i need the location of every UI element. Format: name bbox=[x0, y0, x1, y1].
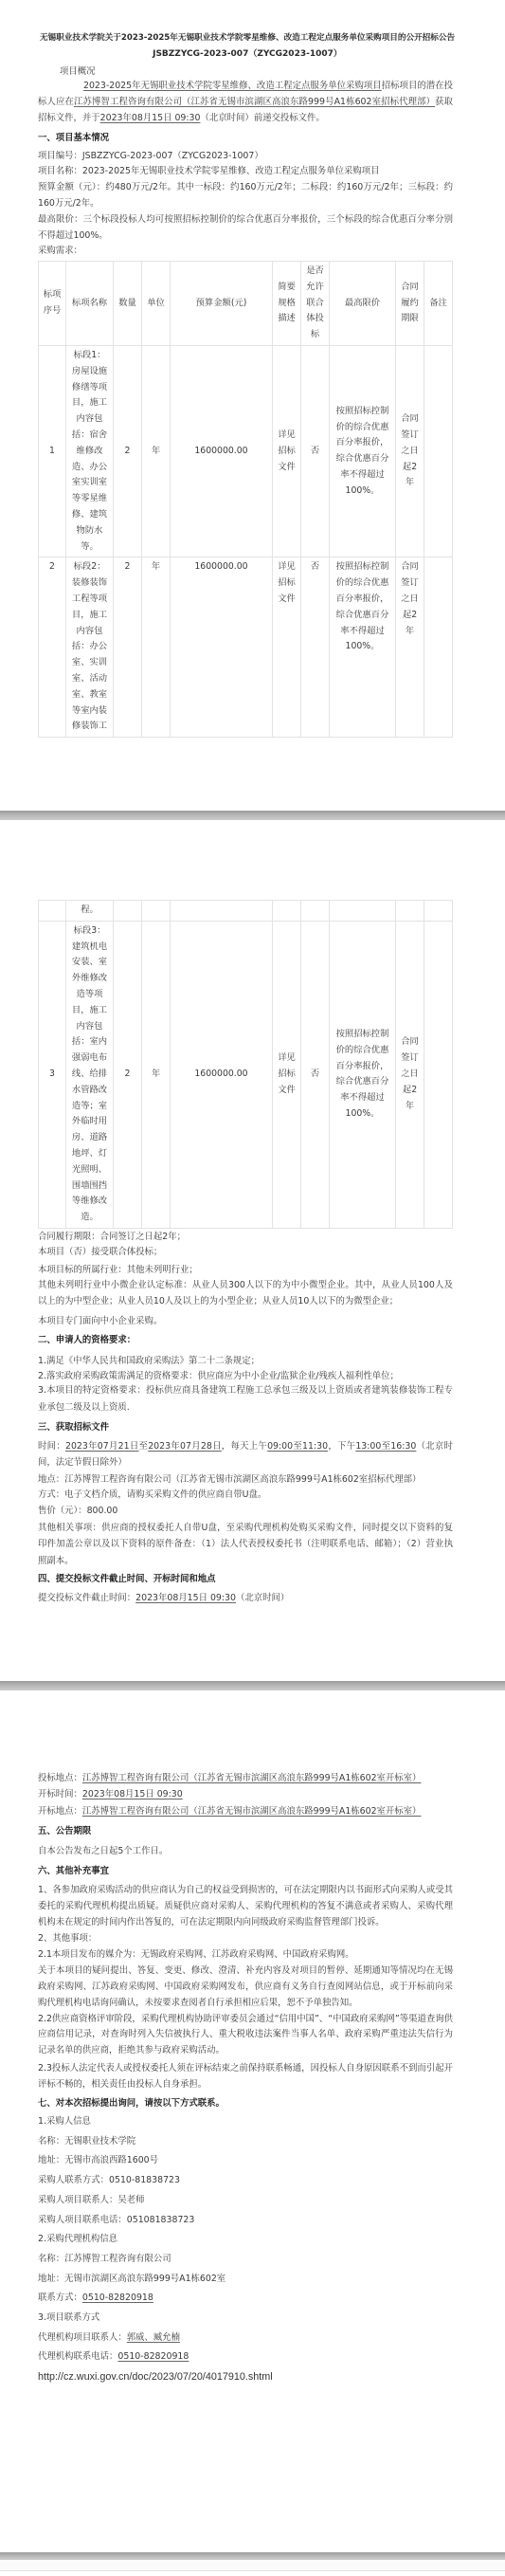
purchaser-name-label: 名称： bbox=[38, 2136, 64, 2147]
cell-unit: 年 bbox=[142, 921, 171, 1228]
title-project-code: JSBZZYCG-2023-007（ZYCG2023-1007） bbox=[38, 46, 457, 63]
cell-quantity: 2 bbox=[114, 921, 142, 1228]
submission-deadline-label: 提交投标文件截止时间： bbox=[38, 1593, 135, 1603]
purchaser-name: 名称：无锡职业技术学院 bbox=[38, 2132, 453, 2152]
page-2: 程。 3 标段3：建筑机电安装、室外维修改造等项目，施工内容包括：室内强弱电布线… bbox=[0, 820, 505, 1681]
page-3: 投标地点：江苏博智工程咨询有限公司（江苏省无锡市滨湖区高浪东路999号A1栋60… bbox=[0, 1690, 505, 2552]
cell-empty bbox=[39, 901, 66, 922]
document-viewer: 无锡职业技术学院关于2023-2025年无锡职业技术学院零星维修、改造工程定点服… bbox=[0, 0, 505, 2576]
price-value: 800.00 bbox=[87, 1506, 118, 1516]
project-contact-phone-label: 代理机构联系电话： bbox=[38, 2351, 117, 2362]
purchaser-info-title: 1.采购人信息 bbox=[38, 2112, 453, 2132]
cell-lot-name-continued: 程。 bbox=[66, 901, 114, 922]
cell-period: 合同签订之日起2年 bbox=[396, 921, 424, 1228]
cell-quantity: 2 bbox=[114, 557, 142, 738]
header-lot-name: 标项名称 bbox=[66, 262, 114, 346]
obtain-method-label: 方式： bbox=[38, 1489, 64, 1500]
obtain-time-text: ，每天上午 bbox=[222, 1441, 267, 1452]
header-spec: 简要规格描述 bbox=[273, 262, 301, 346]
cell-consortium: 否 bbox=[301, 345, 330, 557]
obtain-time-text: ，下午 bbox=[328, 1441, 355, 1452]
supplementary-item: 2、其他事项： bbox=[38, 1930, 453, 1946]
section-4-heading: 四、提交投标文件截止时间、开标时间和地点 bbox=[38, 1571, 453, 1587]
header-consortium: 是否允许联合体投标 bbox=[301, 262, 330, 346]
cell-consortium: 否 bbox=[301, 557, 330, 738]
submission-deadline-note: （北京时间） bbox=[236, 1593, 289, 1603]
contact-info: 1.采购人信息 名称：无锡职业技术学院 地址：无锡市高浪西路1600号 采购人联… bbox=[38, 2112, 453, 2387]
overview-text: （北京时间）前递交投标文件。 bbox=[200, 113, 324, 123]
cell-remarks bbox=[424, 345, 453, 557]
header-max-price: 最高限价 bbox=[330, 262, 396, 346]
cell-remarks bbox=[424, 921, 453, 1228]
agency-name-value: 江苏博智工程咨询有限公司 bbox=[64, 2254, 171, 2264]
cell-budget: 1600000.00 bbox=[171, 557, 273, 738]
supplementary-item: 2.1本项目发布的媒介为：无锡政府采购网、江苏政府采购网、中国政府采购网。 bbox=[38, 1946, 453, 1963]
title-text: 无锡职业技术学院关于2023-2025年无锡职业技术学院零星维修、改造工程定点服… bbox=[38, 30, 457, 46]
cell-lot-no: 1 bbox=[39, 345, 66, 557]
purchaser-name-value: 无锡职业技术学院 bbox=[64, 2136, 135, 2147]
cell-max-price: 按照招标控制价的综合优惠百分率报价，综合优惠百分率不得超过100%。 bbox=[330, 557, 396, 738]
agency-info-title: 2.采购代理机构信息 bbox=[38, 2230, 453, 2250]
header-lot-no: 标项序号 bbox=[39, 262, 66, 346]
cell-max-price: 按照招标控制价的综合优惠百分率报价，综合优惠百分率不得超过100%。 bbox=[330, 345, 396, 557]
section-5-heading: 五、公告期限 bbox=[38, 1823, 453, 1839]
agency-phone-value: 0510-82820918 bbox=[82, 2293, 153, 2303]
project-name-value: 2023-2025年无锡职业技术学院零星维修、改造工程定点服务单位采购项目 bbox=[82, 166, 380, 176]
purchaser-contact-person: 采购人项目联系人：吴老师 bbox=[38, 2191, 453, 2211]
purchaser-address-value: 无锡市高浪西路1600号 bbox=[64, 2155, 158, 2165]
supplementary-item: 2.3投标人法定代表人或授权委托人须在评标结束之前保持联系畅通，因投标人自身原因… bbox=[38, 2060, 453, 2093]
obtain-pm-hours: 13:00至16:30 bbox=[355, 1441, 416, 1452]
opening-place-value: 江苏博智工程咨询有限公司（江苏省无锡市滨湖区高浪东路999号A1栋602室开标室… bbox=[82, 1806, 422, 1817]
cell-period: 合同签订之日起2年 bbox=[396, 345, 424, 557]
header-budget: 预算金额(元) bbox=[171, 262, 273, 346]
agency-phone: 联系方式：0510-82820918 bbox=[38, 2289, 453, 2309]
purchaser-address-label: 地址： bbox=[38, 2155, 64, 2165]
obtain-time: 时间：2023年07月21日至2023年07月28日，每天上午09:00至11:… bbox=[38, 1439, 453, 1471]
section-3-heading: 三、获取招标文件 bbox=[38, 1419, 453, 1435]
price-label: 售价（元）： bbox=[38, 1506, 87, 1516]
agency-address-value: 无锡市滨湖区高浪东路999号A1栋602室 bbox=[64, 2274, 225, 2284]
cell-spec: 详见招标文件 bbox=[273, 557, 301, 738]
section-1-heading: 一、项目基本情况 bbox=[38, 130, 453, 146]
requirements-table: 标项序号 标项名称 数量 单位 预算金额(元) 简要规格描述 是否允许联合体投标… bbox=[38, 261, 453, 738]
opening-place: 开标地点：江苏博智工程咨询有限公司（江苏省无锡市滨湖区高浪东路999号A1栋60… bbox=[38, 1803, 453, 1819]
bid-place-label: 投标地点： bbox=[38, 1773, 82, 1783]
document-title: 无锡职业技术学院关于2023-2025年无锡职业技术学院零星维修、改造工程定点服… bbox=[38, 30, 457, 63]
agency-address-label: 地址： bbox=[38, 2274, 64, 2284]
overview-paragraph: 2023-2025年无锡职业技术学院零星维修、改造工程定点服务单位采购项目招标项… bbox=[38, 78, 453, 127]
other-matters-label: 其他相关事项： bbox=[38, 1523, 101, 1533]
project-number: 项目编号：JSBZZYCG-2023-007（ZYCG2023-1007） bbox=[38, 149, 453, 165]
agency-name-label: 名称： bbox=[38, 2254, 64, 2264]
project-contact-person-value: 郭威、臧允楠 bbox=[127, 2332, 180, 2343]
project-number-label: 项目编号： bbox=[38, 151, 82, 161]
requirements-table-continued: 程。 3 标段3：建筑机电安装、室外维修改造等项目，施工内容包括：室内强弱电布线… bbox=[38, 900, 453, 1229]
cell-spec: 详见招标文件 bbox=[273, 345, 301, 557]
max-price: 最高限价：三个标段投标人均可按照招标控制价的综合优惠百分率报价，三个标段的综合优… bbox=[38, 212, 453, 245]
supplementary-item: 1、各参加政府采购活动的供应商认为自己的权益受到损害的，可在法定期限内以书面形式… bbox=[38, 1882, 453, 1930]
cell-max-price: 按照招标控制价的综合优惠百分率报价，综合优惠百分率不得超过100%。 bbox=[330, 921, 396, 1228]
supplementary-item: 关于本项目的疑问提出、答复、变更、修改、澄清、补充内容及对项目的暂停、延期通知等… bbox=[38, 1963, 453, 2011]
qualification-item: 3.本项目的特定资格要求：投标供应商具备建筑工程施工总承包三级及以上资质或者建筑… bbox=[38, 1382, 453, 1416]
overview-deadline: 2023年08月15日 09:30 bbox=[100, 113, 201, 123]
project-contact-person: 代理机构项目联系人：郭威、臧允楠 bbox=[38, 2329, 453, 2348]
max-price-value: 三个标段投标人均可按照招标控制价的综合优惠百分率报价，三个标段的综合优惠百分率分… bbox=[38, 214, 453, 241]
submission-deadline-value: 2023年08月15日 09:30 bbox=[135, 1593, 236, 1603]
project-contact-person-label: 代理机构项目联系人： bbox=[38, 2332, 127, 2343]
purchaser-phone-label: 采购人联系方式： bbox=[38, 2175, 109, 2185]
purchaser-contact-phone-value: 051081838723 bbox=[127, 2215, 195, 2225]
submission-deadline: 提交投标文件截止时间：2023年08月15日 09:30（北京时间） bbox=[38, 1590, 453, 1606]
agency-address: 地址：无锡市滨湖区高浪东路999号A1栋602室 bbox=[38, 2270, 453, 2290]
cell-unit: 年 bbox=[142, 557, 171, 738]
cell-budget: 1600000.00 bbox=[171, 921, 273, 1228]
table-row: 3 标段3：建筑机电安装、室外维修改造等项目，施工内容包括：室内强弱电布线、给排… bbox=[39, 921, 453, 1228]
cell-budget: 1600000.00 bbox=[171, 345, 273, 557]
requirements-label: 采购需求： bbox=[38, 244, 453, 260]
purchaser-contact-person-label: 采购人项目联系人： bbox=[38, 2195, 117, 2205]
header-unit: 单位 bbox=[142, 262, 171, 346]
max-price-label: 最高限价： bbox=[38, 214, 83, 225]
project-name: 项目名称：2023-2025年无锡职业技术学院零星维修、改造工程定点服务单位采购… bbox=[38, 164, 453, 180]
document-price: 售价（元）：800.00 bbox=[38, 1503, 453, 1519]
header-period: 合同履约期限 bbox=[396, 262, 424, 346]
purchaser-address: 地址：无锡市高浪西路1600号 bbox=[38, 2151, 453, 2171]
cell-lot-no: 3 bbox=[39, 921, 66, 1228]
obtain-am-hours: 09:00至11:30 bbox=[267, 1441, 328, 1452]
section-2-heading: 二、申请人的资格要求： bbox=[38, 1332, 453, 1348]
sme-only-statement: 本项目专门面向中小企业采购。 bbox=[38, 1313, 453, 1329]
supplementary-item: 2.2供应商资格评审阶段，采购代理机构协助评审委员会通过“信用中国”、“中国政府… bbox=[38, 2012, 453, 2059]
cell-lot-name: 标段2：装修装饰工程等项目，施工内容包括：办公室、实训室、活动室、教室等室内装修… bbox=[66, 557, 114, 738]
cell-empty bbox=[301, 901, 330, 922]
project-contact-title: 3.项目联系方式 bbox=[38, 2309, 453, 2329]
cell-quantity: 2 bbox=[114, 345, 142, 557]
project-number-value: JSBZZYCG-2023-007（ZYCG2023-1007） bbox=[82, 151, 263, 161]
obtain-place: 地点：江苏博智工程咨询有限公司（江苏省无锡市滨湖区高浪东路999号A1栋602室… bbox=[38, 1471, 453, 1488]
sme-standard: 其他未列明行业中小微企业认定标准：从业人员300人以下的为中小微型企业。其中，从… bbox=[38, 1278, 453, 1309]
source-url: http://cz.wuxi.gov.cn/doc/2023/07/20/401… bbox=[38, 2367, 453, 2387]
overview-obtain-place: 江苏博智工程咨询有限公司（江苏省无锡市滨湖区高浪东路999号A1栋602室招标代… bbox=[74, 97, 435, 107]
obtain-method: 方式：电子文档介质，请购买采购文件的供应商自带U盘。 bbox=[38, 1487, 453, 1503]
cell-lot-name: 标段3：建筑机电安装、室外维修改造等项目，施工内容包括：室内强弱电布线、给排水管… bbox=[66, 921, 114, 1228]
bid-place: 投标地点：江苏博智工程咨询有限公司（江苏省无锡市滨湖区高浪东路999号A1栋60… bbox=[38, 1770, 453, 1786]
cell-remarks bbox=[424, 557, 453, 738]
budget-label: 预算金额（元）： bbox=[38, 182, 105, 192]
agency-name: 名称：江苏博智工程咨询有限公司 bbox=[38, 2250, 453, 2270]
overview-project-name: 2023-2025年无锡职业技术学院零星维修、改造工程定点服务单位采购项目 bbox=[83, 81, 382, 91]
obtain-method-value: 电子文档介质，请购买采购文件的供应商自带U盘。 bbox=[64, 1489, 266, 1500]
cell-empty bbox=[114, 901, 142, 922]
table-row: 1 标段1：房屋设施修缮等项目，施工内容包括：宿舍维修改造、办公室实训室等零星维… bbox=[39, 345, 453, 557]
cell-empty bbox=[171, 901, 273, 922]
qualification-item: 1.满足《中华人民共和国政府采购法》第二十二条规定； bbox=[38, 1353, 453, 1369]
cell-empty bbox=[142, 901, 171, 922]
cell-unit: 年 bbox=[142, 345, 171, 557]
obtain-place-value: 江苏博智工程咨询有限公司（江苏省无锡市滨湖区高浪东路999号A1栋602室招标代… bbox=[64, 1474, 421, 1485]
header-quantity: 数量 bbox=[114, 262, 142, 346]
section-6-heading: 六、其他补充事宜 bbox=[38, 1863, 453, 1879]
table-header-row: 标项序号 标项名称 数量 单位 预算金额(元) 简要规格描述 是否允许联合体投标… bbox=[39, 262, 453, 346]
basic-info: 项目编号：JSBZZYCG-2023-007（ZYCG2023-1007） 项目… bbox=[38, 149, 453, 261]
budget-amount: 预算金额（元）：约480万元/2年。其中一标段：约160万元/2年；二标段：约1… bbox=[38, 180, 453, 212]
bid-place-value: 江苏博智工程咨询有限公司（江苏省无锡市滨湖区高浪东路999号A1栋602室开标室… bbox=[82, 1773, 422, 1783]
cell-consortium: 否 bbox=[301, 921, 330, 1228]
contract-period: 合同履行期限：合同签订之日起2年； bbox=[38, 1229, 453, 1245]
cell-lot-name: 标段1：房屋设施修缮等项目，施工内容包括：宿舍维修改造、办公室实训室等零星维修、… bbox=[66, 345, 114, 557]
purchaser-contact-phone: 采购人项目联系电话：051081838723 bbox=[38, 2211, 453, 2231]
purchaser-contact-person-value: 吴老师 bbox=[117, 2195, 144, 2205]
obtain-start-date: 2023年07月21日 bbox=[65, 1441, 139, 1452]
table-row: 2 标段2：装修装饰工程等项目，施工内容包括：办公室、实训室、活动室、教室等室内… bbox=[39, 557, 453, 738]
table-row-continuation: 程。 bbox=[39, 901, 453, 922]
project-contact-phone: 代理机构联系电话：0510-82820918 bbox=[38, 2348, 453, 2367]
obtain-time-to: 至 bbox=[139, 1441, 149, 1452]
agency-phone-label: 联系方式： bbox=[38, 2293, 82, 2303]
cell-lot-no: 2 bbox=[39, 557, 66, 738]
page-4-top-edge bbox=[0, 2560, 505, 2571]
project-contact-phone-value: 0510-82820918 bbox=[117, 2351, 189, 2362]
page-separator bbox=[0, 2552, 505, 2560]
cell-empty bbox=[273, 901, 301, 922]
other-matters: 其他相关事项：供应商的授权委托人自带U盘，至采购代理机构处购买采购文件，同时提交… bbox=[38, 1520, 453, 1569]
opening-time: 开标时间：2023年08月15日 09:30 bbox=[38, 1786, 453, 1802]
header-remarks: 备注 bbox=[424, 262, 453, 346]
purchaser-contact-phone-label: 采购人项目联系电话： bbox=[38, 2215, 127, 2225]
consortium-statement: 本项目（否）接受联合体投标； bbox=[38, 1244, 453, 1260]
page-separator bbox=[0, 811, 505, 820]
notice-period-text: 自本公告发布之日起5个工作日。 bbox=[38, 1843, 453, 1859]
obtain-place-label: 地点： bbox=[38, 1474, 64, 1485]
purchaser-phone-value: 0510-81838723 bbox=[109, 2175, 180, 2185]
page-1: 无锡职业技术学院关于2023-2025年无锡职业技术学院零星维修、改造工程定点服… bbox=[0, 0, 505, 811]
opening-time-label: 开标时间： bbox=[38, 1789, 82, 1800]
obtain-time-label: 时间： bbox=[38, 1441, 65, 1452]
opening-time-value: 2023年08月15日 09:30 bbox=[82, 1789, 183, 1800]
purchaser-phone: 采购人联系方式：0510-81838723 bbox=[38, 2171, 453, 2191]
section-7-heading: 七、对本次招标提出询问，请按以下方式联系。 bbox=[38, 2095, 453, 2111]
opening-place-label: 开标地点： bbox=[38, 1806, 82, 1817]
cell-empty bbox=[330, 901, 396, 922]
cell-empty bbox=[396, 901, 424, 922]
project-name-label: 项目名称： bbox=[38, 166, 82, 176]
cell-period: 合同签订之日起2年 bbox=[396, 557, 424, 738]
page-separator bbox=[0, 1681, 505, 1690]
industry-statement: 本项目标的所属行业：其他未列明行业； bbox=[38, 1262, 453, 1278]
obtain-end-date: 2023年07月28日 bbox=[148, 1441, 222, 1452]
cell-empty bbox=[424, 901, 453, 922]
cell-spec: 详见招标文件 bbox=[273, 921, 301, 1228]
